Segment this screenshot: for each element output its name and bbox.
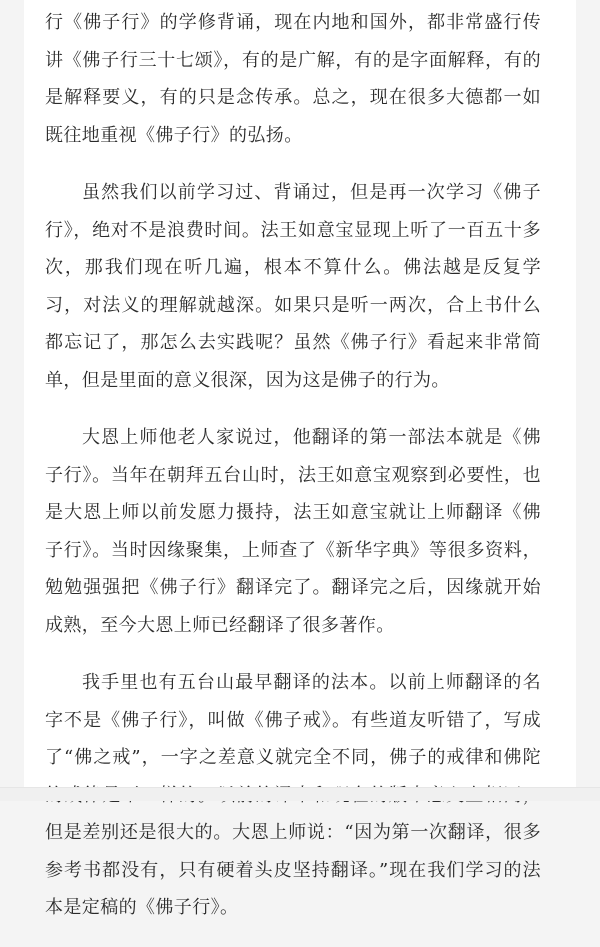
page-bottom-edge [0,787,600,800]
paragraph-3: 大恩上师他老人家说过，他翻译的第一部法本就是《佛子行》。当年在朝拜五台山时，法王… [45,419,541,644]
document-body: 行《佛子行》的学修背诵，现在内地和国外，都非常盛行传讲《佛子行三十七颂》，有的是… [45,4,541,800]
paragraph-2: 虽然我们以前学习过、背诵过，但是再一次学习《佛子行》，绝对不是浪费时间。法王如意… [45,174,541,399]
paragraph-4: 我手里也有五台山最早翻译的法本。以前上师翻译的名字不是《佛子行》，叫做《佛子戒》… [45,664,541,800]
document-page: 行《佛子行》的学修背诵，现在内地和国外，都非常盛行传讲《佛子行三十七颂》，有的是… [24,0,576,787]
paragraph-1: 行《佛子行》的学修背诵，现在内地和国外，都非常盛行传讲《佛子行三十七颂》，有的是… [45,4,541,154]
